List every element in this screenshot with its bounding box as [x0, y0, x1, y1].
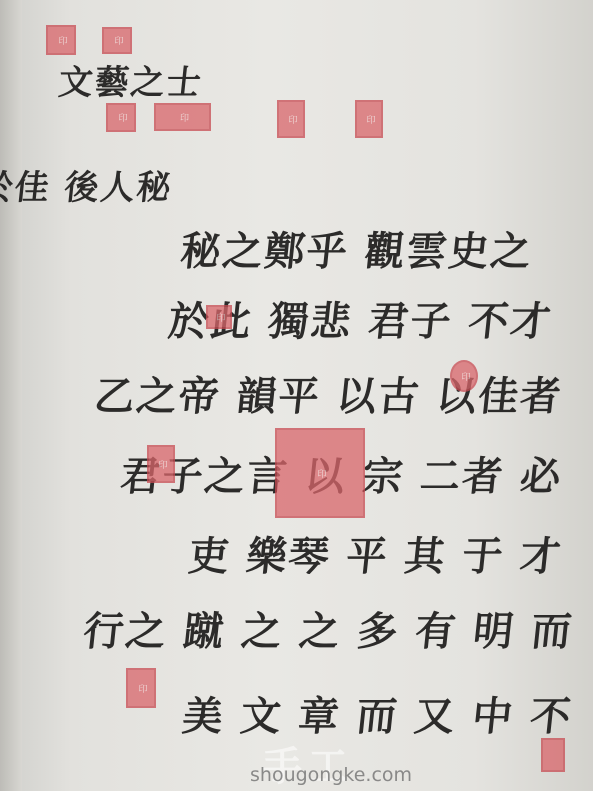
seal-stamp	[541, 738, 565, 772]
paper-edge	[0, 0, 22, 791]
seal-stamp: 印	[147, 445, 175, 483]
calligraphy-row: 秘之鄭乎 觀雲史之	[178, 220, 536, 277]
calligraphy-photo: 文藝之士 於佳 後人秘 秘之鄭乎 觀雲史之 於此 獨悲 君子 不才 乙之帝 韻平…	[0, 0, 593, 791]
calligraphy-row: 文藝之士	[56, 55, 205, 104]
seal-stamp: 印	[355, 100, 383, 138]
seal-stamp: 印	[450, 360, 478, 392]
calligraphy-row: 美 文 章 而 又 中 不	[180, 685, 576, 742]
seal-stamp-large: 印	[275, 428, 365, 518]
seal-stamp: 印	[46, 25, 76, 55]
seal-stamp: 印	[102, 27, 132, 54]
calligraphy-row: 乙之帝 韻平 以古 以佳者	[92, 365, 566, 422]
calligraphy-row: 行之 蹴 之 之 多 有 明 而	[81, 600, 576, 657]
seal-stamp: 印	[154, 103, 211, 131]
seal-stamp: 印	[206, 305, 232, 329]
calligraphy-row: 於佳 後人秘	[0, 160, 176, 209]
seal-stamp: 印	[277, 100, 305, 138]
seal-stamp: 印	[106, 103, 136, 132]
calligraphy-row: 吏 樂琴 平 其 于 才	[186, 525, 566, 582]
seal-stamp: 印	[126, 668, 156, 708]
watermark-text: shougongke.com	[250, 764, 412, 786]
